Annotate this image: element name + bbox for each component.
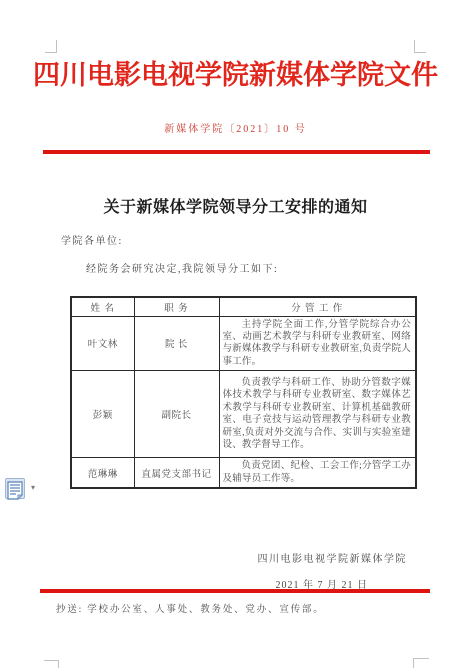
cell-job: 直属党支部书记 [134,458,219,488]
notice-title: 关于新媒体学院领导分工安排的通知 [0,194,471,217]
table-row: 范琳琳 直属党支部书记 负责党团、纪检、工会工作;分管学工办及辅导员工作等。 [71,458,416,488]
salutation: 学院各单位: [61,232,123,247]
cell-duty: 主持学院全面工作,分管学院综合办公室、动画艺术教学与科研专业教研室、网络与新媒体… [219,316,416,371]
chevron-down-icon[interactable]: ▾ [31,484,35,492]
margin-crop-mark-bottom-right [413,658,429,668]
table-header-row: 姓 名 职 务 分 管 工 作 [71,297,416,316]
paste-options-button[interactable]: ▾ [4,476,44,500]
cell-name: 范琳琳 [71,458,134,488]
cell-job: 院 长 [134,316,219,371]
issuing-unit-signature: 四川电影电视学院新媒体学院 [258,550,408,565]
paste-options-icon [4,477,26,500]
cell-job: 副院长 [134,371,219,458]
cell-name: 彭颖 [71,371,134,458]
cell-name: 叶文林 [71,316,134,371]
col-header-duty: 分 管 工 作 [219,297,416,316]
col-header-name: 姓 名 [71,297,134,316]
copy-distribution-line: 抄送: 学校办公室、人事处、教务处、党办、宣传部。 [56,601,325,615]
document-page: 四川电影电视学院新媒体学院文件 新媒体学院〔2021〕10 号 关于新媒体学院领… [0,0,471,668]
document-number: 新媒体学院〔2021〕10 号 [0,120,471,135]
intro-paragraph: 经院务会研究决定,我院领导分工如下: [86,260,278,275]
margin-crop-mark-top-right [414,40,426,53]
col-header-job: 职 务 [134,297,219,316]
duty-assignment-table: 姓 名 职 务 分 管 工 作 叶文林 院 长 主持学院全面工作,分管学院综合办… [70,296,417,489]
cell-duty: 负责教学与科研工作、协助分管数字媒体技术教学与科研专业教研室、数字媒体艺术教学与… [219,371,416,458]
footer-red-rule [40,589,430,593]
cell-duty: 负责党团、纪检、工会工作;分管学工办及辅导员工作等。 [219,458,416,488]
margin-crop-mark-top-left [45,40,57,53]
table-row: 彭颖 副院长 负责教学与科研工作、协助分管数字媒体技术教学与科研专业教研室、数字… [71,371,416,458]
margin-crop-mark-bottom-left [44,660,59,668]
letterhead-red-rule [43,150,430,154]
table-row: 叶文林 院 长 主持学院全面工作,分管学院综合办公室、动画艺术教学与科研专业教研… [71,316,416,371]
letterhead-title: 四川电影电视学院新媒体学院文件 [0,53,471,92]
